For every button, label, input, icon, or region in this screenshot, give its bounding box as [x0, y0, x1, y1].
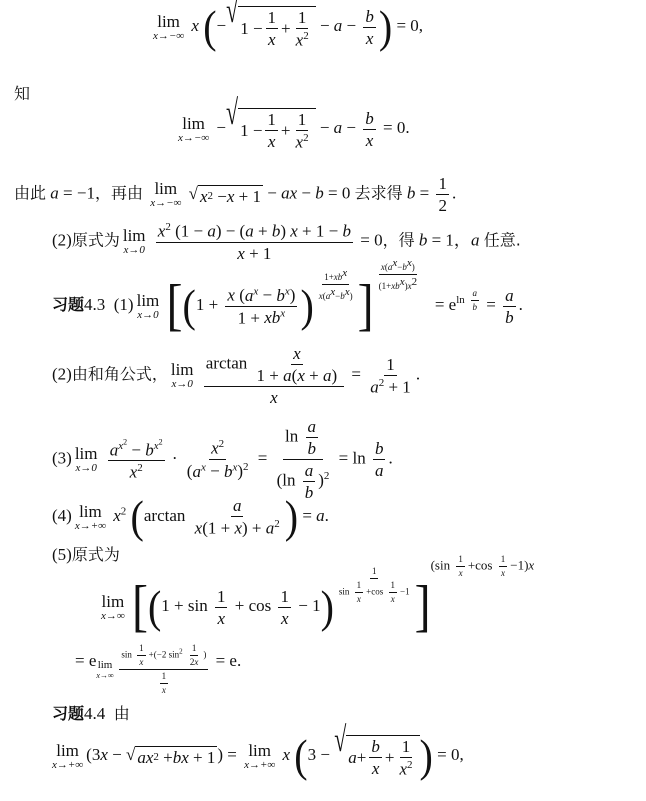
limit-operator: limx→−∞ [153, 13, 184, 42]
equation-1: limx→−∞ x (−√1 − 1x + 1x2 − a − bx) = 0, [150, 6, 423, 49]
exercise-4-3-part-5-result: = elimx→∞ sin 1x+(−2 sin2 12x)1x = e. [75, 652, 241, 695]
limit-operator: limx→−∞ [178, 115, 209, 144]
exercise-4-4-equation: limx→+∞(3x − √ax2 + bx + 1) = limx→+∞ x … [52, 735, 464, 778]
exercise-label: 习题 [52, 295, 84, 314]
exercise-4-3-part-5-label: (5)原式为 [52, 546, 120, 563]
exercise-4-3-part-1: 习题4.3 (1)limx→0 [(1 + x (ax − bx)1 + xbx… [52, 282, 523, 330]
equation-4: (2)原式为limx→0 x2 (1 − a) − (a + b) x + 1 … [52, 222, 521, 262]
sqrt-expression: √1 − 1x + 1x2 [226, 6, 316, 49]
exercise-4-3-part-5-equation: limx→∞ [(1 + sin 1x + cos 1x − 1)1sin 1x… [98, 583, 534, 631]
exercise-4-3-part-3: (3)limx→0 ax2 − bx2x2 · x2(ax − bx)2 = l… [52, 418, 393, 501]
exercise-4-3-part-2: (2)由和角公式，limx→0 arctan x1 + a(x + a)x = … [52, 345, 420, 406]
exercise-4-3-part-4: (4)limx→+∞ x2 (arctan ax(1 + x) + a2) = … [52, 497, 329, 537]
equation-2: limx→−∞ −√1 − 1x + 1x2 − a − bx = 0. [175, 108, 410, 151]
equation-3: 由此 a = −1，再由 limx→−∞ √x2 − x + 1 − ax − … [14, 175, 456, 214]
text-zhi: 知 [14, 86, 30, 102]
exercise-4-4-label: 习题4.4 由 [52, 705, 130, 722]
exercise-label: 习题 [52, 704, 84, 723]
